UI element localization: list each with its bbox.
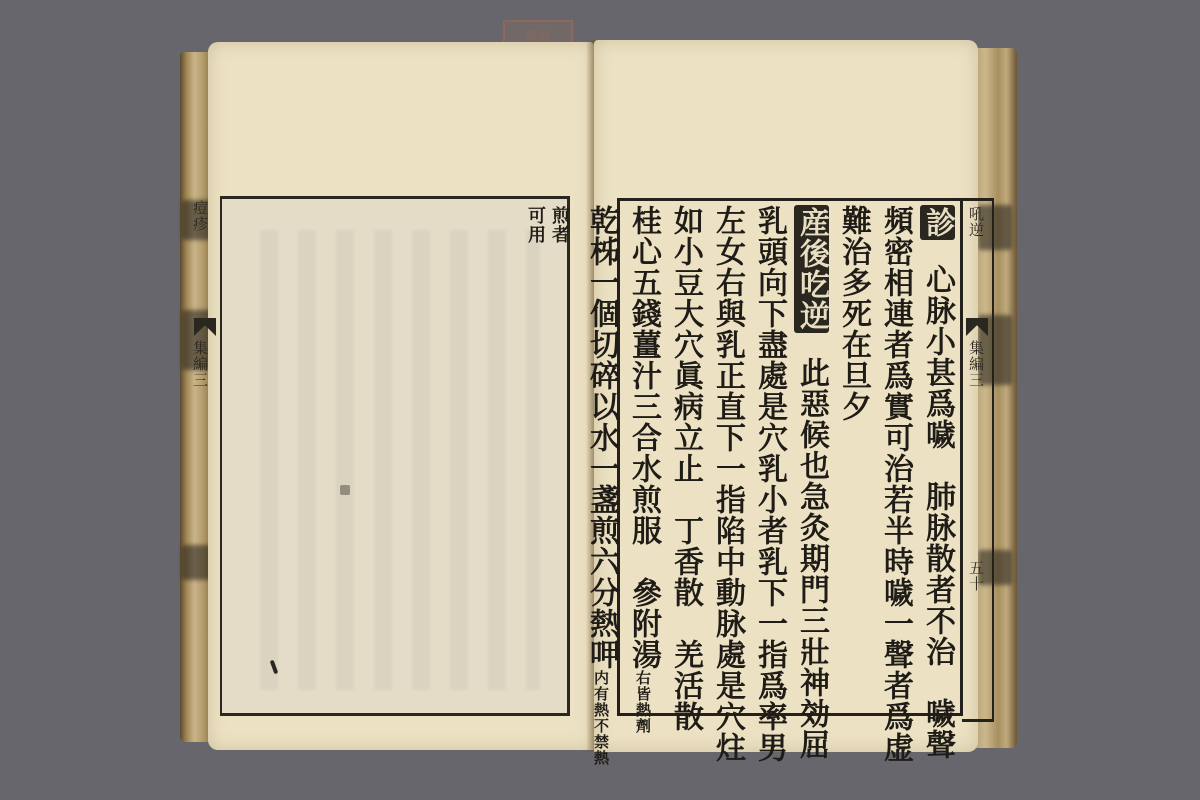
text-column: 頻密相連者爲實可治若半時噦一聲者爲虚 — [874, 205, 916, 713]
right-page-text: 診心脉小甚爲噦 肺脉散者不治 噦聲 頻密相連者爲實可治若半時噦一聲者爲虚 難治多… — [622, 205, 958, 713]
column-text: 左女右與乳正直下一指陷中動脉處是穴炷 — [710, 205, 745, 763]
column-text: 頻密相連者爲實可治若半時噦一聲者爲虚 — [878, 205, 913, 763]
text-column: 診心脉小甚爲噦 肺脉散者不治 噦聲 — [916, 205, 958, 713]
text-column: 産後吃逆此惡候也急灸期門三壯神効屈 — [790, 205, 832, 713]
text-column: 左女右與乳正直下一指陷中動脉處是穴炷 — [706, 205, 748, 713]
note-column: 煎者 — [548, 206, 570, 244]
right-fold-title: 吼逆 — [966, 206, 987, 238]
text-column: 乾柹一個切碎以水一盞煎六分熱呷内有熱不禁熱 — [580, 205, 622, 713]
text-column: 難治多死在旦夕 — [832, 205, 874, 713]
section-label: 診 — [920, 205, 955, 240]
column-text: 如小豆大穴眞病立止 丁香散 羌活散 — [668, 205, 703, 732]
ink-speck — [340, 485, 350, 495]
text-column: 如小豆大穴眞病立止 丁香散 羌活散 — [664, 205, 706, 713]
show-through-text — [260, 230, 540, 690]
right-fold-page-number: 五十 — [966, 560, 987, 592]
interlinear-note: 右皆熱劑 — [633, 670, 653, 734]
column-text: 桂心五錢薑汁三合水煎服 參附湯 — [626, 205, 661, 670]
left-fold-volume: 集編三 — [190, 340, 211, 388]
note-column: 可用 — [524, 206, 546, 244]
section-label: 産後吃逆 — [794, 205, 829, 333]
column-text: 乾柹一個切碎以水一盞煎六分熱呷 — [584, 205, 619, 670]
text-column: 桂心五錢薑汁三合水煎服 參附湯右皆熱劑 — [622, 205, 664, 713]
column-text: 此惡候也急灸期門三壯神効屈 — [794, 357, 829, 760]
watermark-text: 藏書 — [526, 29, 550, 43]
left-fold-title: 痘疹 — [190, 200, 211, 232]
column-text: 心脉小甚爲噦 肺脉散者不治 噦聲 — [920, 264, 955, 760]
column-text: 乳頭向下盡處是穴乳小者乳下一指爲率男 — [752, 205, 787, 763]
column-text: 難治多死在旦夕 — [836, 205, 871, 422]
interlinear-note: 内有熱不禁熱 — [591, 670, 611, 766]
book-photo: 藏書 痘疹 集編三 煎者 可用 吼逆 集編三 五十 診心脉小甚爲噦 肺脉散者不治… — [0, 0, 1200, 800]
text-column: 乳頭向下盡處是穴乳小者乳下一指爲率男 — [748, 205, 790, 713]
left-page-note: 煎者 可用 — [524, 206, 570, 244]
right-fold-volume: 集編三 — [966, 340, 987, 388]
